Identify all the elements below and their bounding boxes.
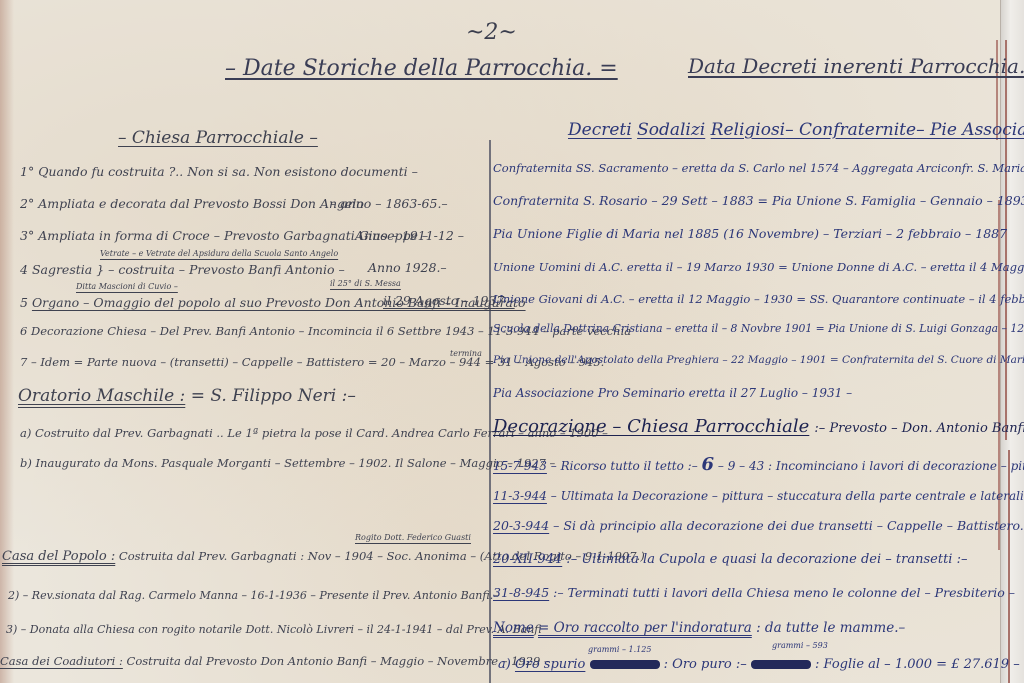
entry-4-date: Anno 1928.–: [368, 262, 447, 275]
entry-4: 4 Sagrestia } – costruita – Prevosto Ban…: [20, 264, 345, 277]
section-heading-chiesa: – Chiesa Parrocchiale –: [118, 130, 318, 147]
entry-label: 3°: [20, 228, 34, 243]
entry-3-date: Anno – 1911-12 –: [355, 230, 464, 243]
oratorio-item-b: b) Inaugurato da Mons. Pasquale Morganti…: [20, 458, 555, 470]
decorazione-entry: 20-XII-944 :– Ultimata la Cupola e quasi…: [493, 553, 967, 566]
decree-row: Pia Associazione Pro Seminario eretta il…: [493, 387, 852, 399]
scribbled-out-value: [590, 660, 660, 669]
page-edge-stain: [1008, 450, 1010, 683]
casa-popolo-note: Rogito Dott. Federico Guasti: [355, 534, 471, 542]
page-number: ~2~: [466, 22, 517, 44]
casa-popolo-item-3: 3) – Donata alla Chiesa con rogito notar…: [6, 624, 542, 635]
entry-4-note: Vetrate – e Vetrate del Apsidura della S…: [100, 250, 338, 258]
page-title-left: – Date Storiche della Parrocchia. =: [225, 58, 618, 80]
ledger-page: [0, 0, 1000, 683]
oratorio-heading: Oratorio Maschile : = S. Filippo Neri :–: [18, 388, 356, 405]
entry-label: 4: [20, 262, 28, 277]
decree-row: Confraternita SS. Sacramento – eretta da…: [493, 163, 1024, 175]
next-page-edge: [1000, 0, 1024, 683]
oro-spurio-note: grammi – 1.125: [588, 646, 651, 654]
entry-label: 7 –: [20, 355, 37, 369]
entry-5-note: Ditta Mascioni di Cuvio –: [76, 283, 178, 291]
scribbled-out-value: [751, 660, 811, 669]
entry-label: a): [20, 426, 31, 440]
binding-shadow: [0, 0, 14, 683]
decorazione-entry: 20-3-944 – Si dà principio alla decorazi…: [493, 520, 1024, 533]
decree-row: Scuola della Dottrina Cristiana – eretta…: [493, 324, 1024, 335]
entry-text: Sagrestia } – costruita – Prevosto Banfi…: [32, 262, 345, 277]
decree-row: Unione Uomini di A.C. eretta il – 19 Mar…: [493, 262, 1024, 274]
oro-raccolto-entry: Nome = Oro raccolto per l'indoratura : d…: [493, 622, 905, 636]
entry-7-note: termina: [450, 350, 482, 358]
decorazione-heading: Decorazione – Chiesa Parrocchiale :– Pre…: [493, 418, 1024, 436]
entry-text: Ampliata e decorata dal Prevosto Bossi D…: [38, 196, 364, 211]
entry-label: 2°: [20, 196, 34, 211]
decorazione-entry: 11-3-944 – Ultimata la Decorazione – pit…: [493, 490, 1024, 502]
entry-label: b): [20, 456, 32, 470]
casa-coadiutori-entry: Casa dei Coadiutori : Costruita dal Prev…: [0, 656, 550, 668]
entry-2-date: – anno – 1863-65.–: [330, 198, 448, 211]
oro-puro-note: grammi – 593: [772, 642, 828, 650]
decorazione-entry: 31-8-945 :– Terminati tutti i lavori del…: [493, 587, 1015, 600]
entry-label: 1°: [20, 164, 34, 179]
decree-row: Confraternita S. Rosario – 29 Sett – 188…: [493, 195, 1024, 208]
decree-row: Unione Giovani di A.C. – eretta il 12 Ma…: [493, 294, 1024, 306]
entry-text: Inaugurato da Mons. Pasquale Morganti – …: [36, 456, 556, 470]
entry-5-note2: il 25° di S. Messa: [330, 280, 401, 288]
casa-popolo-item-2: 2) – Rev.sionata dal Rag. Carmelo Manna …: [8, 590, 499, 601]
entry-text: Quando fu costruita ?.. Non si sa. Non e…: [38, 164, 418, 179]
decorazione-entry: 15-7-943 – Ricorso tutto il tetto :– 6 –…: [493, 456, 1024, 474]
decrees-heading: Decreti Sodalizi Religiosi– Confraternit…: [568, 122, 1024, 139]
decree-row: Pia Unione dell'Apostolato della Preghie…: [493, 355, 1024, 366]
entry-label: 6: [20, 324, 27, 338]
page-title-right: Data Decreti inerenti Parrocchia.: [688, 56, 1024, 76]
decree-row: Pia Unione Figlie di Maria nel 1885 (16 …: [493, 228, 1007, 241]
oro-line: a) Oro spurio : Oro puro :– : Foglie al …: [498, 658, 1020, 671]
entry-1: 1° Quando fu costruita ?.. Non si sa. No…: [20, 166, 418, 179]
entry-2: 2° Ampliata e decorata dal Prevosto Boss…: [20, 198, 364, 211]
entry-label: 5: [20, 295, 28, 310]
